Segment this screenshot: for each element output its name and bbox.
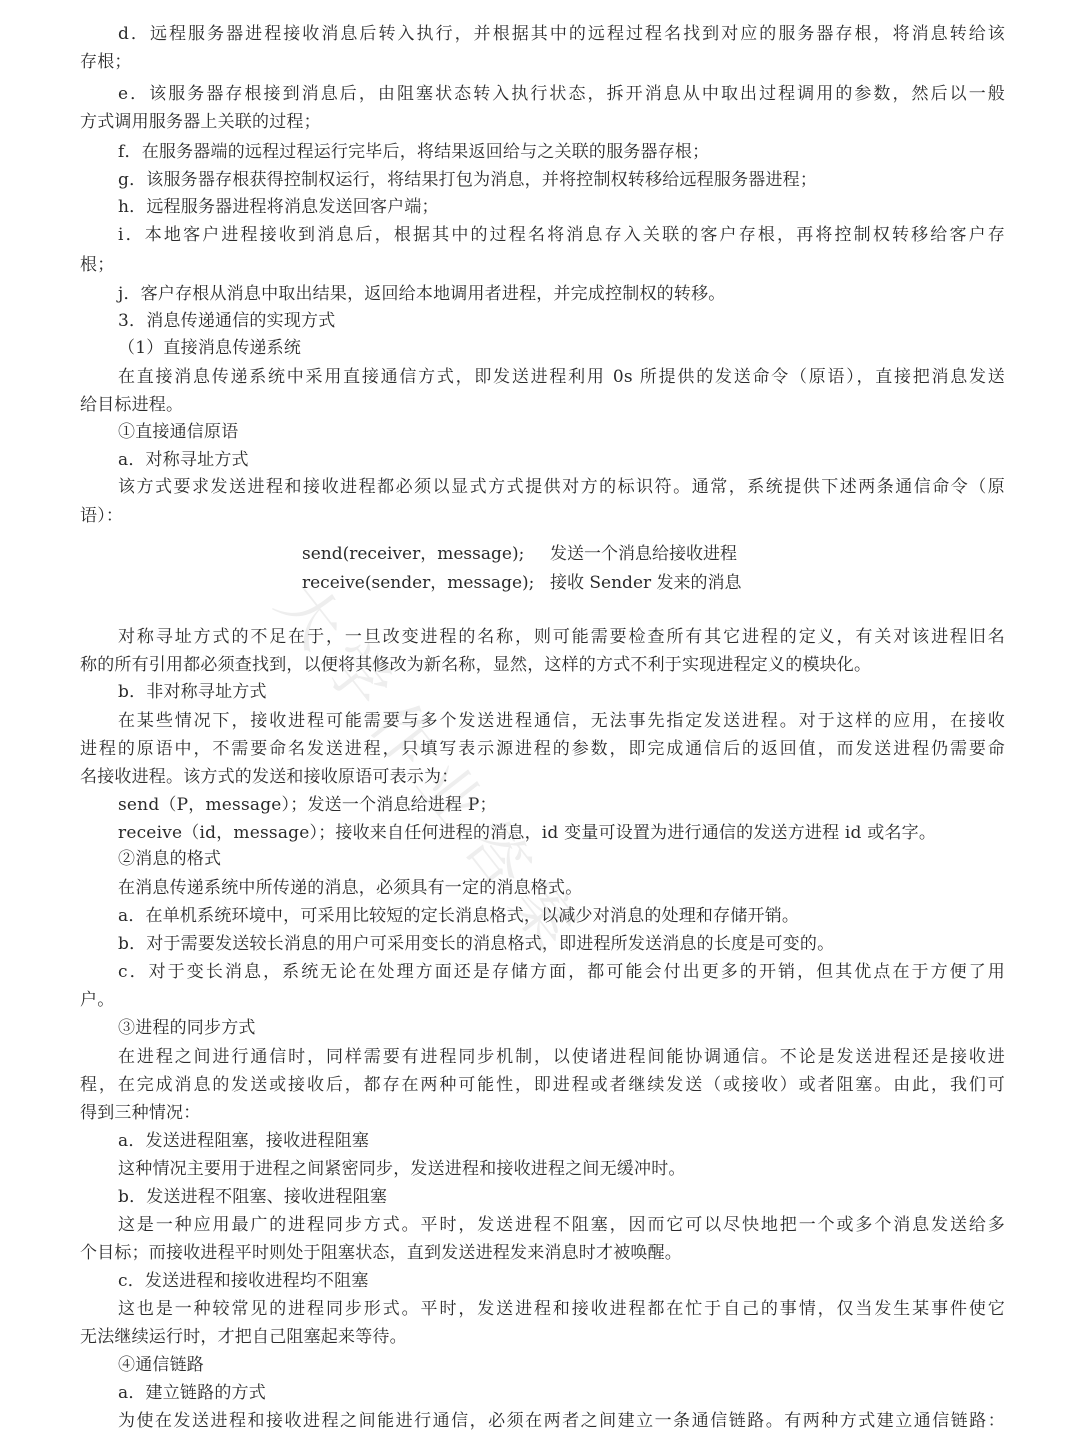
paragraph-line: 在消息传递系统中所传递的消息，必须具有一定的消息格式。 [80,876,1005,900]
paragraph-line: 语）： [80,504,1005,528]
paragraph-line: 程，在完成消息的发送或接收后，都存在两种可能性，即进程或者继续发送（或接收）或者… [80,1073,1005,1097]
paragraph-line: 称的所有引用都必须查找到，以便将其修改为新名称，显然，这样的方式不利于实现进程定… [80,653,1005,677]
code-row: send(receiver，message);发送一个消息给接收进程 [302,540,742,569]
paragraph-line: a．对称寻址方式 [80,448,1005,472]
paragraph-line: 方式调用服务器上关联的过程； [80,110,1005,134]
paragraph-line: e．该服务器存根接到消息后，由阻塞状态转入执行状态，拆开消息从中取出过程调用的参… [80,82,1005,106]
paragraph-line: 根； [80,253,1005,277]
paragraph-line: （1）直接消息传递系统 [80,336,1005,360]
paragraph-line: 该方式要求发送进程和接收进程都必须以显式方式提供对方的标识符。通常，系统提供下述… [80,475,1005,499]
paragraph-line: 名接收进程。该方式的发送和接收原语可表示为： [80,765,1005,789]
paragraph-line: 在进程之间进行通信时，同样需要有进程同步机制，以使诸进程间能协调通信。不论是发送… [80,1045,1005,1069]
paragraph-line: g．该服务器存根获得控制权运行，将结果打包为消息，并将控制权转移给远程服务器进程… [80,168,1005,192]
primitive-signature: send(receiver，message); [302,540,550,569]
paragraph-line: receive（id，message）；接收来自任何进程的消息，id 变量可设置… [80,821,1005,845]
paragraph-line: 这种情况主要用于进程之间紧密同步，发送进程和接收进程之间无缓冲时。 [80,1157,1005,1181]
paragraph-line: j．客户存根从消息中取出结果，返回给本地调用者进程，并完成控制权的转移。 [80,282,1005,306]
paragraph-line: 这是一种应用最广的进程同步方式。平时，发送进程不阻塞，因而它可以尽快地把一个或多… [80,1213,1005,1237]
paragraph-line: 存根； [80,50,1005,74]
paragraph-line: ①直接通信原语 [80,420,1005,444]
primitive-description: 发送一个消息给接收进程 [550,540,737,569]
paragraph-line: 在某些情况下，接收进程可能需要与多个发送进程通信，无法事先指定发送进程。对于这样… [80,709,1005,733]
paragraph-line: ③进程的同步方式 [80,1016,1005,1040]
paragraph-line: 为使在发送进程和接收进程之间能进行通信，必须在两者之间建立一条通信链路。有两种方… [80,1409,1005,1433]
paragraph-line: 给目标进程。 [80,393,1005,417]
primitive-code-block: send(receiver，message);发送一个消息给接收进程receiv… [302,540,742,598]
paragraph-line: a．发送进程阻塞，接收进程阻塞 [80,1129,1005,1153]
paragraph-line: 3．消息传递通信的实现方式 [80,309,1005,333]
paragraph-line: h．远程服务器进程将消息发送回客户端； [80,195,1005,219]
paragraph-line: c．发送进程和接收进程均不阻塞 [80,1269,1005,1293]
primitive-description: 接收 Sender 发来的消息 [550,569,742,598]
paragraph-line: b．非对称寻址方式 [80,680,1005,704]
paragraph-line: 在直接消息传递系统中采用直接通信方式，即发送进程利用 0s 所提供的发送命令（原… [80,365,1005,389]
paragraph-line: b．对于需要发送较长消息的用户可采用变长的消息格式，即进程所发送消息的长度是可变… [80,932,1005,956]
paragraph-line: send（P，message）；发送一个消息给进程 P； [80,793,1005,817]
paragraph-line: c．对于变长消息，系统无论在处理方面还是存储方面，都可能会付出更多的开销，但其优… [80,960,1005,984]
paragraph-line: 户。 [80,988,1005,1012]
paragraph-line: ②消息的格式 [80,847,1005,871]
code-row: receive(sender，message);接收 Sender 发来的消息 [302,569,742,598]
paragraph-line: b．发送进程不阻塞、接收进程阻塞 [80,1185,1005,1209]
paragraph-line: ④通信链路 [80,1353,1005,1377]
paragraph-line: a．在单机系统环境中，可采用比较短的定长消息格式，以减少对消息的处理和存储开销。 [80,904,1005,928]
paragraph-line: i．本地客户进程接收到消息后，根据其中的过程名将消息存入关联的客户存根，再将控制… [80,223,1005,247]
paragraph-line: 进程的原语中，不需要命名发送进程，只填写表示源进程的参数，即完成通信后的返回值，… [80,737,1005,761]
paragraph-line: 得到三种情况： [80,1101,1005,1125]
paragraph-line: 个目标；而接收进程平时则处于阻塞状态，直到发送进程发来消息时才被唤醒。 [80,1241,1005,1265]
paragraph-line: d．远程服务器进程接收消息后转入执行，并根据其中的远程过程名找到对应的服务器存根… [80,22,1005,46]
paragraph-line: f．在服务器端的远程过程运行完毕后，将结果返回给与之关联的服务器存根； [80,140,1005,164]
primitive-signature: receive(sender，message); [302,569,550,598]
paragraph-line: 对称寻址方式的不足在于，一旦改变进程的名称，则可能需要检查所有其它进程的定义，有… [80,625,1005,649]
paragraph-line: 无法继续运行时，才把自己阻塞起来等待。 [80,1325,1005,1349]
paragraph-line: 这也是一种较常见的进程同步形式。平时，发送进程和接收进程都在忙于自己的事情，仅当… [80,1297,1005,1321]
paragraph-line: a．建立链路的方式 [80,1381,1005,1405]
